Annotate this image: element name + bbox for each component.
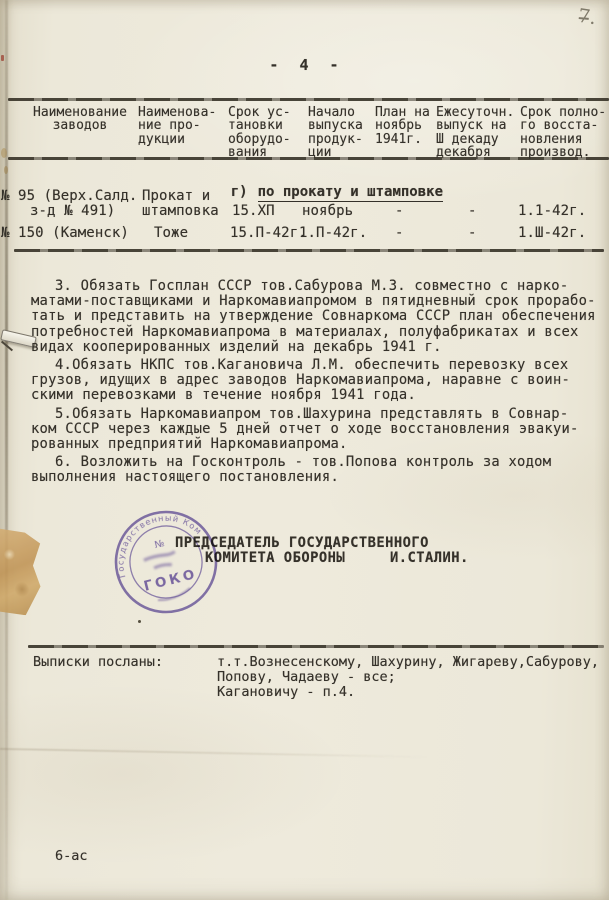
row1-start-date: ноябрь xyxy=(302,203,353,219)
row1-plan-value: - xyxy=(395,203,404,219)
row1-product-line1: Прокат и xyxy=(142,188,210,204)
col-header-install-term: Срок ус- тановки оборудо- вания xyxy=(228,106,291,160)
col-header-output-start: Начало выпуска продук- ции xyxy=(308,106,363,160)
horizontal-crease xyxy=(0,748,430,758)
edge-stain xyxy=(4,166,8,174)
footer-rule xyxy=(28,645,604,648)
row1-plant-line2: з-д № 491) xyxy=(30,203,115,219)
decree-body: 3. Обязать Госплан СССР тов.Сабурова М.З… xyxy=(31,279,606,489)
table-bottom-rule xyxy=(14,249,604,252)
edge-stain xyxy=(1,148,7,158)
row2-plant: № 150 (Каменск) xyxy=(1,225,129,241)
document-page: 7. - 4 - Наименование заводов Наименова-… xyxy=(0,0,609,900)
distribution-line3: Кагановичу - п.4. xyxy=(217,684,355,700)
stamp-number-sign: № xyxy=(153,538,165,551)
left-fold-crease xyxy=(5,0,8,900)
goko-round-stamp: Государственный Ком № ГОКО xyxy=(97,493,235,631)
signature-title-line2: КОМИТЕТА ОБОРОНЫ xyxy=(205,550,345,566)
distribution-line1: т.т.Вознесенскому, Шахурину, Жигареву,Са… xyxy=(217,654,599,670)
stamp-goko-text: ГОКО xyxy=(142,566,199,595)
handwritten-page-note: 7. xyxy=(576,5,597,30)
col-header-full-restore: Срок полно- го восста- новления производ… xyxy=(520,106,606,160)
distribution-line2: Попову, Чадаеву - все; xyxy=(217,669,396,685)
col-header-product: Наименова- ние про- дукции xyxy=(138,106,216,146)
row1-install-date: 15.ХП xyxy=(232,203,275,219)
distribution-label: Выписки посланы: xyxy=(33,654,163,670)
section-title: по прокату и штамповке xyxy=(258,184,443,202)
row2-restore-date: 1.Ш-42г. xyxy=(518,225,586,241)
paragraph-5: 5.Обязать Наркомавиапром тов.Шахурина пр… xyxy=(31,407,606,453)
row1-restore-date: 1.1-42г. xyxy=(518,203,586,219)
tape-fragment xyxy=(0,528,42,616)
page-number: - 4 - xyxy=(0,56,609,74)
row2-product: Тоже xyxy=(154,225,188,241)
footer-code: 6-ас xyxy=(55,848,88,864)
row2-plan-value: - xyxy=(395,225,404,241)
paragraph-6: 6. Возложить на Госконтроль - тов.Попова… xyxy=(31,455,606,485)
col-header-november-plan: План на ноябрь 1941г. xyxy=(375,106,430,146)
signature-name: И.СТАЛИН. xyxy=(390,550,469,566)
row1-plant-line1: № 95 (Верх.Салд. xyxy=(1,188,137,204)
paragraph-3: 3. Обязать Госплан СССР тов.Сабурова М.З… xyxy=(31,279,606,355)
row2-daily-value: - xyxy=(468,225,477,241)
section-letter: г) xyxy=(231,184,248,200)
col-header-plants: Наименование заводов xyxy=(20,106,140,133)
paragraph-4: 4.Обязать НКПС тов.Кагановича Л.М. обесп… xyxy=(31,358,606,404)
stamp-smudge-text xyxy=(144,552,178,571)
row2-start-date: 1.П-42г. xyxy=(299,225,367,241)
col-header-daily-output: Ежесуточн. выпуск на Ш декаду декабря xyxy=(436,106,514,160)
row1-daily-value: - xyxy=(468,203,477,219)
table-top-rule xyxy=(8,98,609,101)
row2-install-date: 15.П-42г. xyxy=(230,225,307,241)
row1-product-line2: штамповка xyxy=(142,203,219,219)
